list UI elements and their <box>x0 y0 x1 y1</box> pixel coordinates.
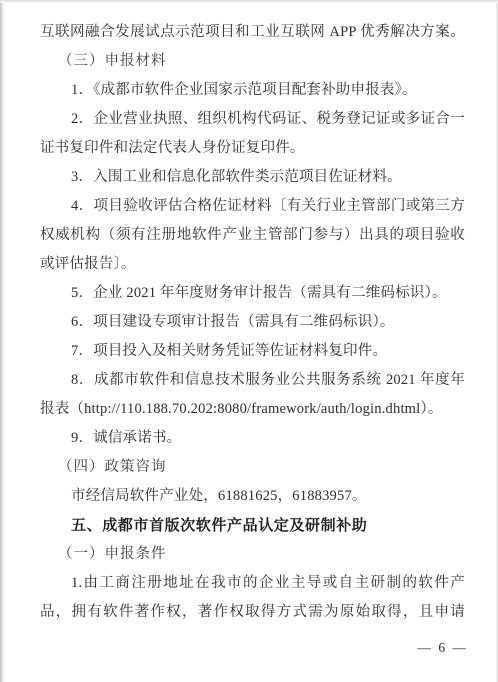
document-body: 互联网融合发展试点示范项目和工业互联网 APP 优秀解决方案。 （三）申报材料 … <box>40 18 465 627</box>
document-line-url: 报表（http://110.188.70.202:8080/framework/… <box>40 395 465 424</box>
document-line: 市经信局软件产业处，61881625，61883957。 <box>40 482 465 511</box>
list-item: 9．诚信承诺书。 <box>40 424 465 453</box>
list-item: 7．项目投入及相关财务凭证等佐证材料复印件。 <box>40 337 465 366</box>
list-item: 5．企业 2021 年年度财务审计报告（需具有二维码标识）。 <box>40 279 465 308</box>
section-subheading: （四）政策咨询 <box>40 453 465 482</box>
section-subheading: （一）申报条件 <box>40 540 465 569</box>
list-item: 8．成都市软件和信息技术服务业公共服务系统 2021 年度年 <box>40 366 465 395</box>
page-number: — 6 — <box>418 640 469 656</box>
section-subheading: （三）申报材料 <box>40 47 465 76</box>
document-line: 品，拥有软件著作权，著作权取得方式需为原始取得，且申请 <box>40 598 465 627</box>
document-page: 互联网融合发展试点示范项目和工业互联网 APP 优秀解决方案。 （三）申报材料 … <box>0 0 498 682</box>
document-line: 权威机构（须有注册地软件产业主管部门参与）出具的项目验收 <box>40 221 465 250</box>
list-item: 4．项目验收评估合格佐证材料〔有关行业主管部门或第三方 <box>40 192 465 221</box>
section-heading: 五、成都市首版次软件产品认定及研制补助 <box>40 511 465 540</box>
document-line: 互联网融合发展试点示范项目和工业互联网 APP 优秀解决方案。 <box>40 18 465 47</box>
list-item: 3．入围工业和信息化部软件类示范项目佐证材料。 <box>40 163 465 192</box>
document-line: 或评估报告〕。 <box>40 250 465 279</box>
list-item: 6．项目建设专项审计报告（需具有二维码标识）。 <box>40 308 465 337</box>
list-item: 1．《成都市软件企业国家示范项目配套补助申报表》。 <box>40 76 465 105</box>
document-line: 证书复印件和法定代表人身份证复印件。 <box>40 134 465 163</box>
list-item: 1.由工商注册地址在我市的企业主导或自主研制的软件产 <box>40 569 465 598</box>
list-item: 2．企业营业执照、组织机构代码证、税务登记证或多证合一 <box>40 105 465 134</box>
